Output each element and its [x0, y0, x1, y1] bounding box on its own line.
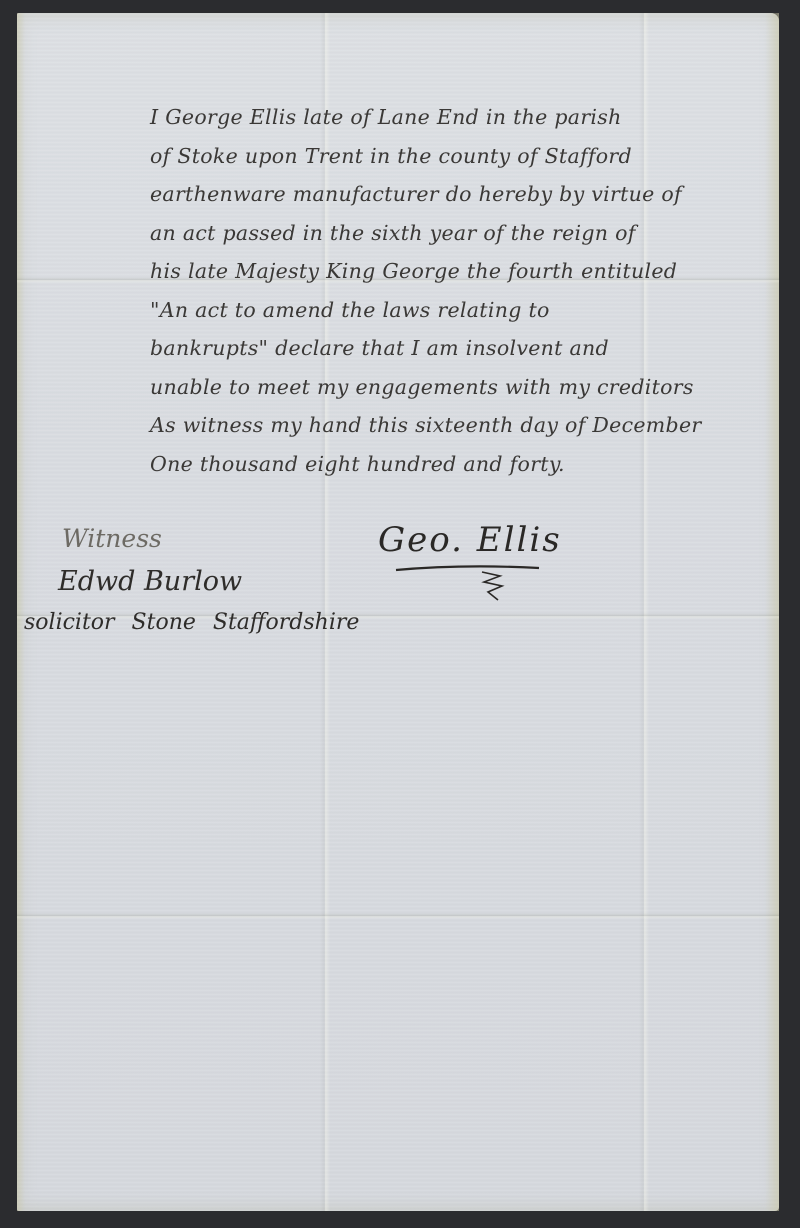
- declaration-line: his late Majesty King George the fourth …: [150, 252, 780, 291]
- declaration-line: I George Ellis late of Lane End in the p…: [150, 98, 780, 137]
- signature: Geo. Ellis: [378, 520, 562, 560]
- declaration-line: an act passed in the sixth year of the r…: [150, 214, 780, 253]
- declaration-text: I George Ellis late of Lane End in the p…: [150, 98, 780, 483]
- declaration-line: bankrupts" declare that I am insolvent a…: [150, 329, 780, 368]
- fold-line-horizontal-lower: [17, 913, 779, 919]
- declaration-line: unable to meet my engagements with my cr…: [150, 368, 780, 407]
- witness-name: Edwd Burlow: [58, 566, 242, 597]
- witness-title: solicitor Stone Staffordshire: [24, 610, 359, 635]
- declaration-line: As witness my hand this sixteenth day of…: [150, 406, 780, 445]
- witness-label: Witness: [62, 524, 162, 553]
- declaration-line: "An act to amend the laws relating to: [150, 291, 780, 330]
- declaration-line: One thousand eight hundred and forty.: [150, 445, 780, 484]
- signature-flourish-icon: [394, 560, 544, 610]
- declaration-line: earthenware manufacturer do hereby by vi…: [150, 175, 780, 214]
- declaration-line: of Stoke upon Trent in the county of Sta…: [150, 137, 780, 176]
